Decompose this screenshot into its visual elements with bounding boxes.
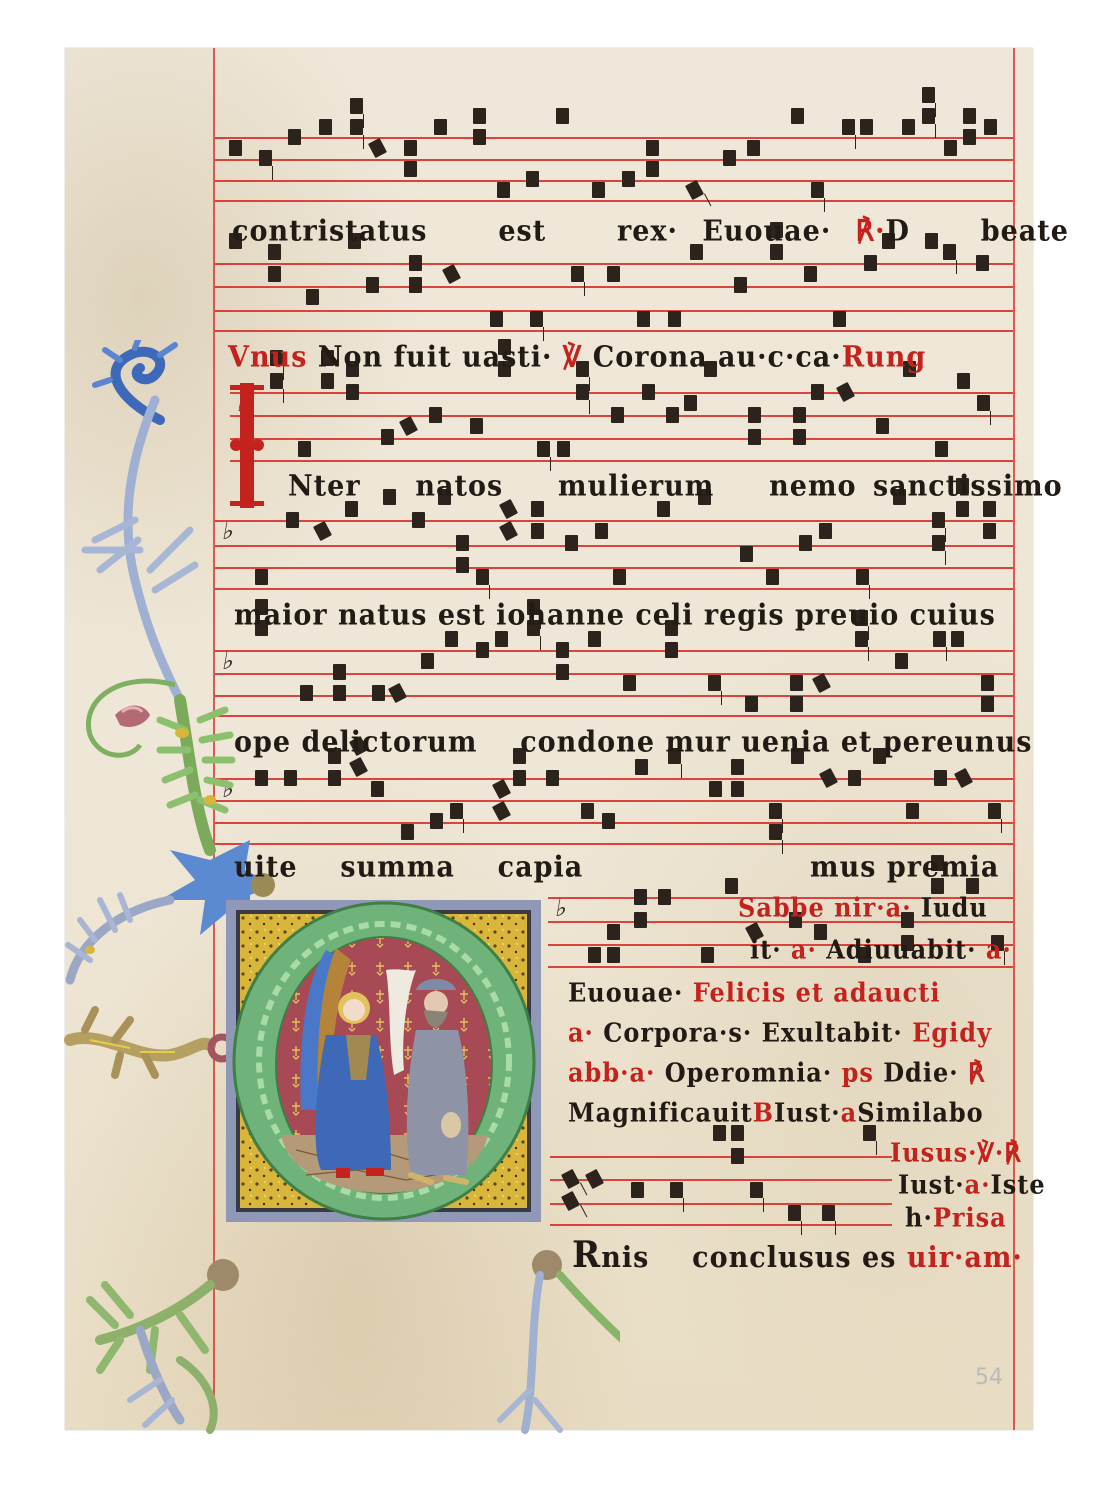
word: it· <box>750 934 782 965</box>
neume-note <box>319 119 332 135</box>
neume-note <box>321 373 334 389</box>
word: Corpora·s· <box>603 1017 752 1048</box>
word: conclusus <box>692 1241 851 1274</box>
word: celi <box>635 599 693 632</box>
neume-note <box>513 770 526 786</box>
neume-note <box>748 429 761 445</box>
neume-note <box>634 889 647 905</box>
neume-note <box>790 696 803 712</box>
word: Iust· <box>898 1169 965 1200</box>
staff-line <box>215 800 1013 802</box>
word: capia <box>498 851 584 884</box>
text-line-6a: uite summa capia <box>234 851 583 884</box>
word: premia <box>887 851 1000 884</box>
neume-note <box>769 824 782 840</box>
word: summa <box>340 851 454 884</box>
word: sanctissimo <box>873 470 1063 503</box>
neume-note <box>745 696 758 712</box>
text-line-15: h·Prisa <box>905 1202 1007 1233</box>
neume-note <box>556 108 569 124</box>
word: uasti· <box>462 341 552 374</box>
neume-note <box>284 770 297 786</box>
neume-note <box>404 140 417 156</box>
word: nis <box>601 1241 649 1274</box>
neume-note <box>571 266 584 282</box>
staff-line <box>215 545 1013 547</box>
neume-note <box>933 631 946 647</box>
neume-note <box>537 441 550 457</box>
rubric: a· <box>986 934 1012 965</box>
neume-note <box>708 675 721 691</box>
neume-note <box>951 631 964 647</box>
neume-note <box>473 129 486 145</box>
margin-ruling-left <box>213 48 215 1430</box>
neume-note <box>611 407 624 423</box>
rubric: ℟ <box>968 1057 985 1088</box>
neume-note <box>876 418 889 434</box>
staff-line <box>230 438 1013 440</box>
neume-note <box>404 161 417 177</box>
pencil-folio-mark: 54 <box>975 1365 1003 1390</box>
text-line-11: abb·a· Operomnia· ps Ddie· ℟ <box>568 1057 985 1088</box>
neume-note <box>988 803 1001 819</box>
neume-note <box>531 523 544 539</box>
word: Iste <box>991 1169 1046 1200</box>
text-line-13: Iusus·℣·℟ <box>890 1137 1022 1168</box>
rubric: Rung <box>842 341 927 374</box>
rubric: adaucti <box>833 977 940 1008</box>
neume-note <box>581 803 594 819</box>
neume-note <box>255 569 268 585</box>
word: Iudu <box>921 892 988 923</box>
text-line-3: Nter natos mulierum nemo sanctissimo <box>288 470 1063 503</box>
neume-note <box>631 1182 644 1198</box>
word: Corona <box>593 341 708 374</box>
neume-note <box>602 813 615 829</box>
text-line-8: it· a· Adiuuabit· a· <box>750 934 1012 965</box>
word: est <box>498 215 546 248</box>
neume-note <box>902 119 915 135</box>
word: Magnificauit <box>568 1097 753 1128</box>
neume-note <box>595 523 608 539</box>
neume-note <box>963 129 976 145</box>
rubric: Sabbe <box>738 892 825 923</box>
neume-note <box>642 384 655 400</box>
neume-note <box>300 685 313 701</box>
neume-note <box>592 182 605 198</box>
word: Nter <box>288 470 361 503</box>
rubric: B <box>753 1097 774 1128</box>
neume-note <box>819 523 832 539</box>
text-line-4: maior natus est iohanne celi regis preui… <box>234 599 996 632</box>
neume-note <box>409 255 422 271</box>
red-initial-I <box>230 383 264 508</box>
neume-note <box>977 395 990 411</box>
neume-note <box>229 140 242 156</box>
neume-note <box>607 266 620 282</box>
neume-note <box>860 119 873 135</box>
neume-note <box>565 535 578 551</box>
neume-note <box>935 441 948 457</box>
neume-note <box>932 512 945 528</box>
text-line-2: Vnus Non fuit uasti· ℣ Corona au·c·ca·Ru… <box>228 341 926 374</box>
neume-note <box>473 108 486 124</box>
staff-line <box>230 460 1013 462</box>
neume-note <box>932 535 945 551</box>
text-line-7: Sabbe nir·a· Iudu <box>738 892 988 923</box>
rubric: Vnus <box>228 341 307 374</box>
word: ope <box>234 726 291 759</box>
neume-note <box>270 373 283 389</box>
neume-note <box>957 373 970 389</box>
neume-note <box>556 642 569 658</box>
word: cuius <box>910 599 996 632</box>
neume-note <box>634 912 647 928</box>
rubric: a· <box>965 1169 991 1200</box>
rubric: Prisa <box>933 1202 1007 1233</box>
neume-note <box>725 878 738 894</box>
rubric: a <box>841 1097 858 1128</box>
neume-note <box>557 441 570 457</box>
neume-note <box>976 255 989 271</box>
neume-note <box>623 675 636 691</box>
word: D <box>886 215 910 248</box>
neume-note <box>822 1205 835 1221</box>
neume-note <box>791 108 804 124</box>
word: Euouae· <box>702 215 831 248</box>
word: est <box>438 599 486 632</box>
staff-line <box>215 200 1013 202</box>
neume-note <box>476 569 489 585</box>
rubric: a· <box>568 1017 594 1048</box>
neume-note <box>646 140 659 156</box>
neume-note <box>799 535 812 551</box>
word: au·c·ca· <box>718 341 842 374</box>
word: Exultabit· <box>762 1017 903 1048</box>
neume-note <box>490 311 503 327</box>
neume-note <box>255 770 268 786</box>
neume-note <box>306 289 319 305</box>
rubric: uir·am· <box>907 1241 1023 1274</box>
neume-note <box>895 653 908 669</box>
rubric: Felicis <box>693 977 786 1008</box>
word: Iust· <box>774 1097 841 1128</box>
neume-note <box>981 675 994 691</box>
neume-note <box>684 395 697 411</box>
neume-note <box>371 781 384 797</box>
neume-note <box>576 384 589 400</box>
staff-line <box>548 966 1013 968</box>
neume-note <box>372 685 385 701</box>
neume-note <box>429 407 442 423</box>
staff-line <box>215 715 1013 717</box>
neume-note <box>476 642 489 658</box>
neume-note <box>333 685 346 701</box>
neume-note <box>864 255 877 271</box>
historiated-initial-O <box>226 900 541 1222</box>
staff-line <box>215 137 1013 139</box>
word: mus <box>810 851 876 884</box>
neume-note <box>934 770 947 786</box>
neume-note <box>259 150 272 166</box>
rubric: Iusus·℣·℟ <box>890 1137 1022 1168</box>
word: Operomnia· <box>665 1057 832 1088</box>
neume-note <box>856 569 869 585</box>
neume-note <box>613 569 626 585</box>
word: Non <box>318 341 383 374</box>
neume-note <box>922 87 935 103</box>
neume-note <box>793 407 806 423</box>
neume-note <box>526 171 539 187</box>
word: contristatus <box>232 215 428 248</box>
word: Adiuuabit· <box>826 934 976 965</box>
text-line-6b: mus premia <box>810 851 999 884</box>
staff-line <box>550 1203 892 1205</box>
neume-note <box>723 150 736 166</box>
staff-line <box>215 180 1013 182</box>
neume-note <box>766 569 779 585</box>
word: eunus <box>936 726 1032 759</box>
neume-note <box>833 311 846 327</box>
neume-note <box>731 759 744 775</box>
neume-note <box>495 631 508 647</box>
neume-note <box>607 947 620 963</box>
text-line-14: Iust·a·Iste <box>898 1169 1046 1200</box>
neume-note <box>470 418 483 434</box>
word: maior <box>234 599 328 632</box>
neume-note <box>622 171 635 187</box>
staff-line <box>215 263 1013 265</box>
neume-note <box>793 429 806 445</box>
staff-line <box>215 330 1013 332</box>
word: uenia <box>741 726 830 759</box>
neume-note <box>983 523 996 539</box>
neume-note <box>445 631 458 647</box>
word: natus <box>338 599 427 632</box>
word: et <box>841 726 873 759</box>
neume-note <box>530 311 543 327</box>
neume-note <box>497 182 510 198</box>
neume-note <box>434 119 447 135</box>
rubric: Egidy <box>912 1017 992 1048</box>
neume-note <box>963 108 976 124</box>
word: h· <box>905 1202 933 1233</box>
word: delictorum <box>301 726 477 759</box>
neume-note <box>668 311 681 327</box>
neume-note <box>298 441 311 457</box>
neume-note <box>790 675 803 691</box>
neume-note <box>658 889 671 905</box>
text-line-16: Rnis conclusus es uir·am· <box>572 1233 1023 1276</box>
neume-note <box>665 642 678 658</box>
rubric-versicle-sign: ℣ <box>563 341 582 374</box>
neume-note <box>944 140 957 156</box>
initial-R: R <box>572 1233 601 1276</box>
text-line-10: a· Corpora·s· Exultabit· Egidy <box>568 1017 992 1048</box>
neume-note <box>546 770 559 786</box>
neume-note <box>346 384 359 400</box>
word: mur <box>665 726 730 759</box>
text-line-12: MagnificauitBIust·aSimilabo <box>568 1097 984 1128</box>
neume-note <box>333 664 346 680</box>
word: preuio <box>795 599 899 632</box>
neume-note <box>286 512 299 528</box>
neume-note <box>906 803 919 819</box>
staff-line <box>215 588 1013 590</box>
word: natos <box>415 470 503 503</box>
neume-note <box>709 781 722 797</box>
word: condone <box>520 726 655 759</box>
word: Euouae· <box>568 977 683 1008</box>
neume-note <box>701 947 714 963</box>
neume-note <box>855 631 868 647</box>
text-line-5: ope delictorum condone mur uenia et pere… <box>234 726 1033 759</box>
neume-note <box>734 277 747 293</box>
staff-line <box>215 310 1013 312</box>
word: fuit <box>394 341 452 374</box>
word: es <box>862 1241 896 1274</box>
neume-note <box>456 535 469 551</box>
word: regis <box>704 599 785 632</box>
neume-note <box>666 407 679 423</box>
rubric: ps <box>842 1057 874 1088</box>
neume-note <box>731 1148 744 1164</box>
neume-note <box>421 653 434 669</box>
neume-note <box>646 161 659 177</box>
neume-note <box>811 384 824 400</box>
neume-note <box>588 947 601 963</box>
neume-note <box>811 182 824 198</box>
neume-note <box>350 119 363 135</box>
neume-note <box>456 557 469 573</box>
staff-line <box>550 1224 892 1226</box>
rubric: a· <box>791 934 817 965</box>
neume-note <box>981 696 994 712</box>
neume-note <box>740 546 753 562</box>
neume-note <box>381 429 394 445</box>
neume-note <box>788 1205 801 1221</box>
neume-note <box>848 770 861 786</box>
neume-note <box>637 311 650 327</box>
word: iohanne <box>496 599 625 632</box>
staff-line <box>215 286 1013 288</box>
word: nemo <box>769 470 856 503</box>
neume-note <box>268 266 281 282</box>
rubric: nir·a· <box>834 892 911 923</box>
word: Ddie· <box>883 1057 958 1088</box>
staff-line <box>215 520 1013 522</box>
neume-note <box>430 813 443 829</box>
neume-note <box>350 98 363 114</box>
neume-note <box>747 140 760 156</box>
word: beate <box>981 215 1069 248</box>
word: rex· <box>617 215 678 248</box>
neume-note <box>804 266 817 282</box>
neume-note <box>635 759 648 775</box>
neume-note <box>412 512 425 528</box>
neume-note <box>401 824 414 840</box>
neume-note <box>769 803 782 819</box>
text-line-9: Euouae· Felicis et adaucti <box>568 977 940 1008</box>
staff-line <box>550 1156 892 1158</box>
rubric: et <box>796 977 824 1008</box>
word: uite <box>234 851 298 884</box>
rubric-response-sign: ℟· <box>856 215 886 248</box>
neume-note <box>842 119 855 135</box>
word: mulierum <box>558 470 714 503</box>
word: Similabo <box>857 1097 983 1128</box>
staff-line <box>215 843 1013 845</box>
neume-note <box>450 803 463 819</box>
neume-note <box>750 1182 763 1198</box>
neume-note <box>748 407 761 423</box>
neume-note <box>328 770 341 786</box>
neume-note <box>366 277 379 293</box>
neume-note <box>607 924 620 940</box>
staff-line <box>215 650 1013 652</box>
neume-note <box>409 277 422 293</box>
neume-note <box>670 1182 683 1198</box>
text-line-1: contristatus est rex· Euouae· ℟·D beate … <box>232 215 1094 248</box>
word: per <box>883 726 936 759</box>
neume-note <box>288 129 301 145</box>
neume-note <box>984 119 997 135</box>
staff-line <box>215 159 1013 161</box>
neume-note <box>731 781 744 797</box>
neume-note <box>556 664 569 680</box>
neume-note <box>588 631 601 647</box>
neume-note <box>922 108 935 124</box>
rubric: abb·a· <box>568 1057 655 1088</box>
